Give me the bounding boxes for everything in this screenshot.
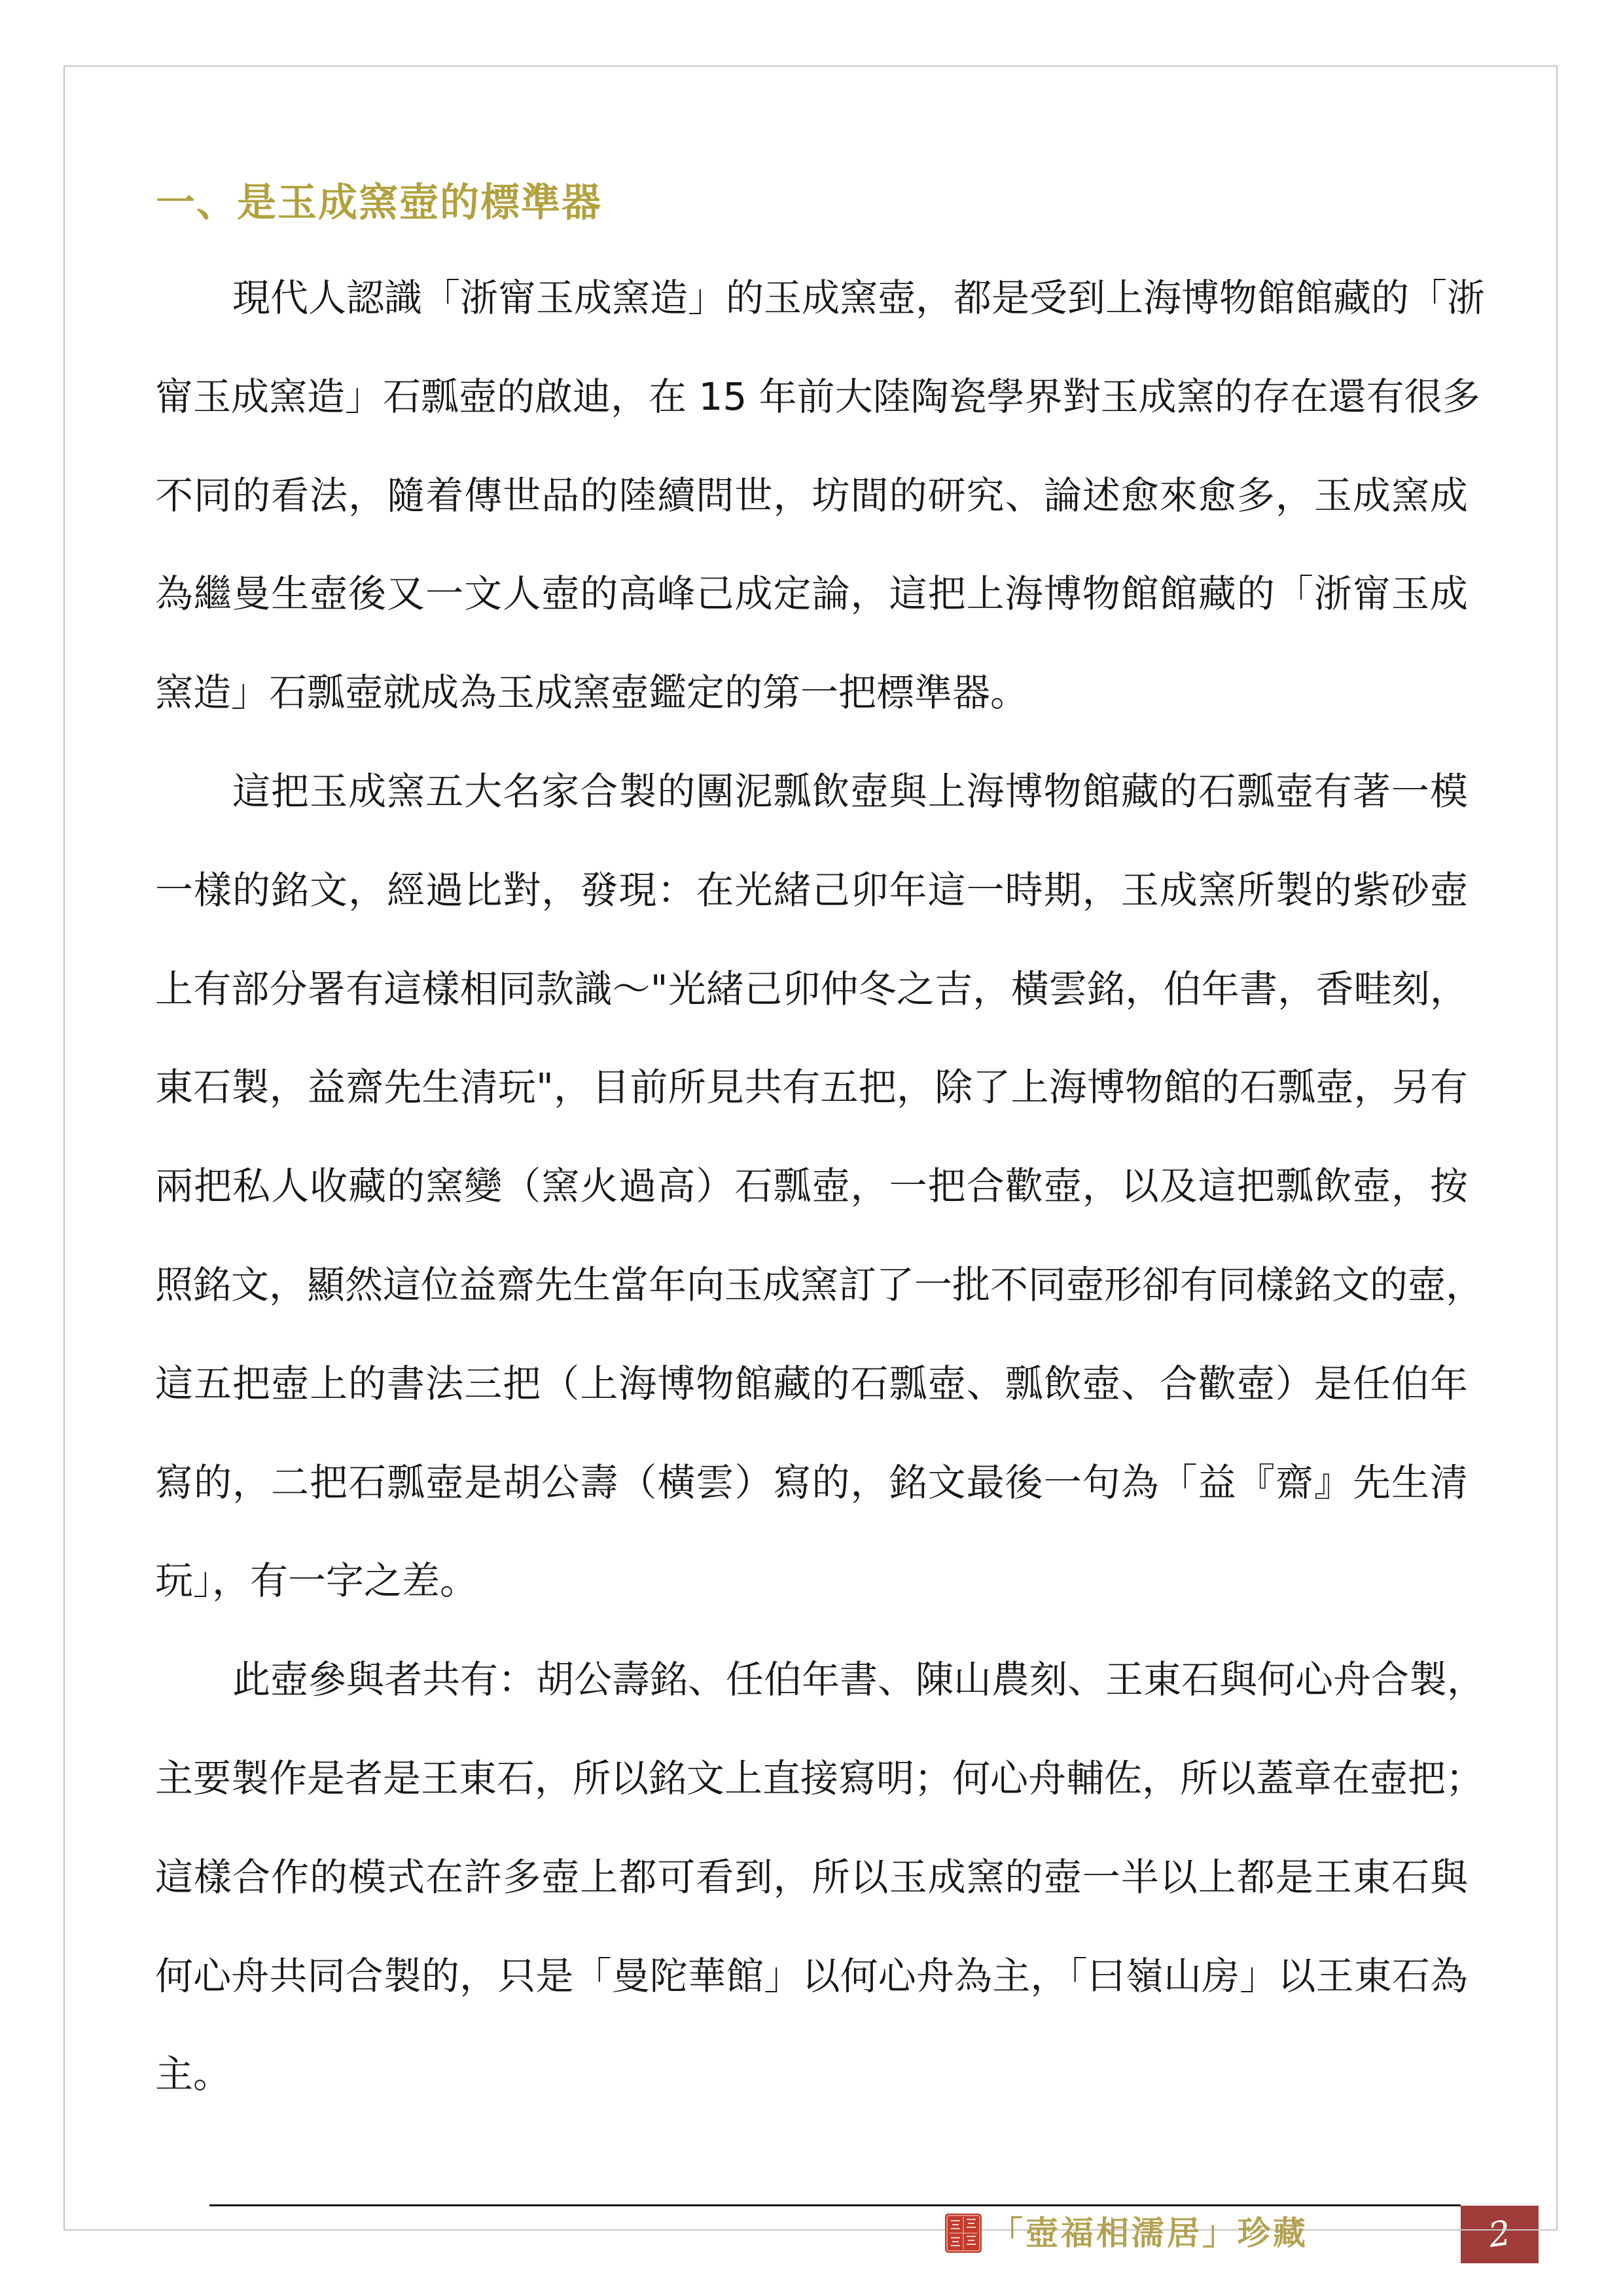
red-seal-icon bbox=[944, 2213, 982, 2253]
text-line: 玩」，有一字之差。 bbox=[155, 1532, 1468, 1630]
page-number-badge: 2 bbox=[1461, 2206, 1539, 2263]
text-line: 此壺參與者共有：胡公壽銘、任伯年書、陳山農刻、王東石與何心舟合製， bbox=[155, 1630, 1468, 1729]
text-line: 兩把私人收藏的窯變（窯火過高）石瓢壺，一把合歡壺，以及這把瓢飲壺，按 bbox=[155, 1137, 1468, 1236]
text-line: 這樣合作的模式在許多壺上都可看到，所以玉成窯的壺一半以上都是王東石與 bbox=[155, 1828, 1468, 1927]
text-line: 這五把壺上的書法三把（上海博物館藏的石瓢壺、瓢飲壺、合歡壺）是任伯年 bbox=[155, 1335, 1468, 1433]
footer-collection-group: 「壺福相濡居」珍藏 bbox=[944, 2212, 1308, 2254]
text-line: 主。 bbox=[155, 2025, 1468, 2124]
text-line: 這把玉成窯五大名家合製的團泥瓢飲壺與上海博物館藏的石瓢壺有著一模 bbox=[155, 742, 1468, 841]
text-line: 不同的看法，隨着傳世品的陸續問世，坊間的研究、論述愈來愈多，玉成窯成 bbox=[155, 446, 1468, 545]
text-line: 寫的，二把石瓢壺是胡公壽（橫雲）寫的，銘文最後一句為「益『齋』先生清 bbox=[155, 1433, 1468, 1532]
text-line: 一樣的銘文，經過比對，發現：在光緒己卯年這一時期，玉成窯所製的紫砂壺 bbox=[155, 841, 1468, 940]
page-number: 2 bbox=[1486, 2214, 1513, 2255]
text-line: 照銘文，顯然這位益齋先生當年向玉成窯訂了一批不同壺形卻有同樣銘文的壺， bbox=[155, 1236, 1468, 1335]
text-line: 主要製作是者是王東石，所以銘文上直接寫明；何心舟輔佐，所以蓋章在壺把； bbox=[155, 1729, 1468, 1828]
text-line: 為繼曼生壺後又一文人壺的高峰己成定論，這把上海博物館館藏的「浙甯玉成 bbox=[155, 545, 1468, 643]
footer-divider-line bbox=[209, 2204, 1461, 2206]
text-line: 甯玉成窯造」石瓢壺的啟迪，在 15 年前大陸陶瓷學界對玉成窯的存在還有很多 bbox=[155, 348, 1468, 446]
body-text: 現代人認識「浙甯玉成窯造」的玉成窯壺，都是受到上海博物館館藏的「浙甯玉成窯造」石… bbox=[155, 249, 1468, 2124]
text-line: 何心舟共同合製的，只是「曼陀華館」以何心舟為主，「曰嶺山房」以王東石為 bbox=[155, 1927, 1468, 2026]
text-line: 窯造」石瓢壺就成為玉成窯壺鑑定的第一把標準器。 bbox=[155, 643, 1468, 742]
text-line: 東石製，益齋先生清玩"，目前所見共有五把，除了上海博物館的石瓢壺，另有 bbox=[155, 1038, 1468, 1137]
section-heading: 一、是玉成窯壺的標準器 bbox=[156, 182, 602, 224]
collection-label: 「壺福相濡居」珍藏 bbox=[990, 2213, 1308, 2253]
text-line: 上有部分署有這樣相同款識～"光緒己卯仲冬之吉，橫雲銘，伯年書，香畦刻， bbox=[155, 940, 1468, 1039]
text-line: 現代人認識「浙甯玉成窯造」的玉成窯壺，都是受到上海博物館館藏的「浙 bbox=[155, 249, 1468, 348]
